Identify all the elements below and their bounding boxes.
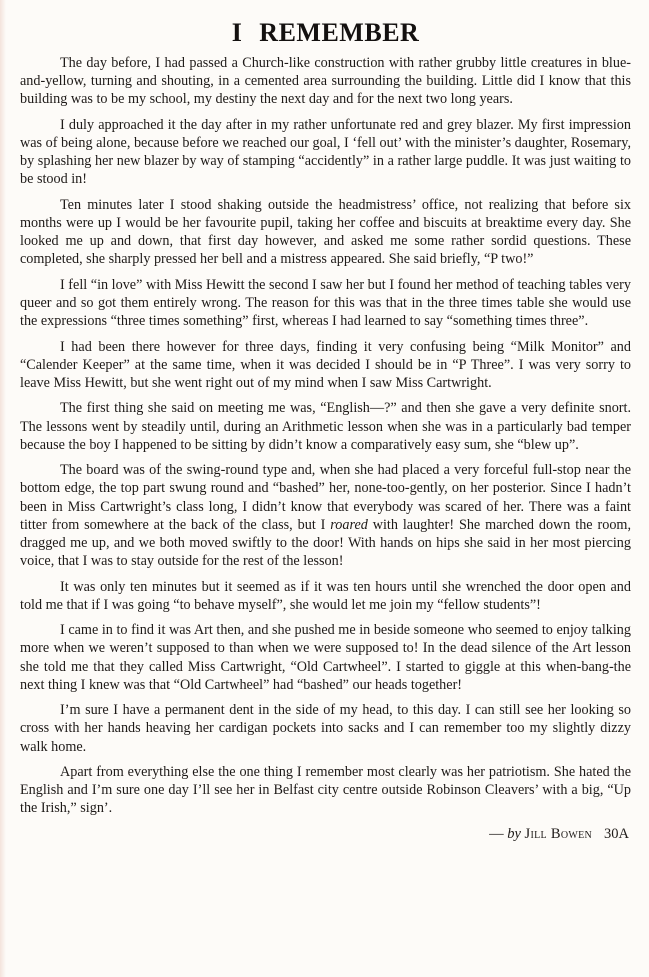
signature-by: by [507,826,521,842]
paragraph: I duly approached it the day after in my… [20,116,631,189]
page-title: I REMEMBER [20,18,631,48]
emphasis-text: roared [330,517,368,533]
paragraph: I fell “in love” with Miss Hewitt the se… [20,276,631,331]
paragraph: The board was of the swing-round type an… [20,461,631,570]
paragraph: I came in to find it was Art then, and s… [20,621,631,694]
document-page: I REMEMBER The day before, I had passed … [20,18,631,843]
author-signature: — by Jill Bowen30A [20,826,631,843]
author-name: Jill Bowen [525,826,592,842]
signature-dash: — [489,826,507,842]
paragraph: I’m sure I have a permanent dent in the … [20,701,631,756]
paragraph: The day before, I had passed a Church-li… [20,54,631,109]
paragraph: Apart from everything else the one thing… [20,763,631,818]
paragraph: I had been there however for three days,… [20,338,631,393]
page-edge-shadow [0,0,6,977]
paragraph: It was only ten minutes but it seemed as… [20,578,631,614]
paragraph: The first thing she said on meeting me w… [20,399,631,454]
author-class: 30A [604,826,629,842]
paragraph: Ten minutes later I stood shaking outsid… [20,196,631,269]
